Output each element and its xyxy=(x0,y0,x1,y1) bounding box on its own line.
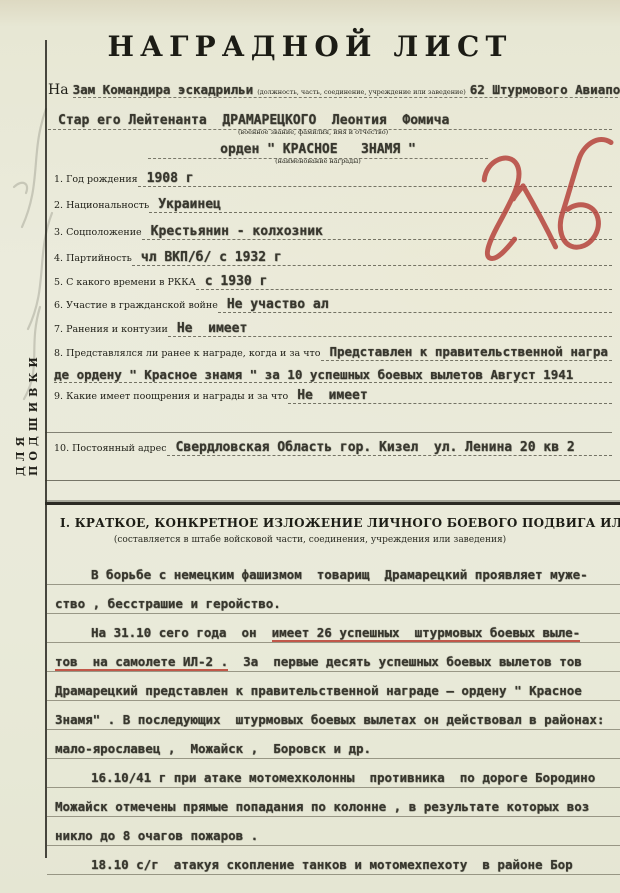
red-underlined-text: имеет 26 успешных штурмовых боевых выле- xyxy=(272,625,581,640)
field-label: 8. Представлялся ли ранее к награде, ког… xyxy=(54,348,321,361)
rank-name-line: Стар его Лейтенанта ДРАМАРЕЦКОГО Леонтия… xyxy=(48,109,612,130)
section1-subheading: (составляется в штабе войсковой части, с… xyxy=(0,535,620,545)
field-label: 3. Соцположение xyxy=(54,227,142,240)
document-title: НАГРАДНОЙ ЛИСТ xyxy=(0,30,620,63)
award-name-caption: (наименование награды) xyxy=(148,157,488,165)
filing-margin-label: ДЛЯ ПОДШИВКИ xyxy=(14,346,40,476)
field-value: Не имеет xyxy=(177,321,247,336)
field-row-wounds: 7. Ранения и контузии Не имеет xyxy=(54,313,612,337)
field-value: Украинец xyxy=(158,197,221,212)
award-name-line: орден " КРАСНОЕ ЗНАМЯ " (наименование на… xyxy=(148,138,488,159)
section-divider-thick xyxy=(45,502,620,505)
description-line: мало-ярославец , Можайск , Боровск и др. xyxy=(47,730,620,759)
rank-name-value: Стар его Лейтенанта ДРАМАРЕЦКОГО Леонтия… xyxy=(58,113,449,128)
description-line: На 31.10 сего года он имеет 26 успешных … xyxy=(47,614,620,643)
field-value: Представлен к правительственной награ xyxy=(330,344,608,359)
line-text: За первые десять успешных боевых вылетов… xyxy=(228,654,582,669)
field-label: 5. С какого времени в РККА xyxy=(54,277,196,290)
description-line: ство , бесстрашие и геройство. xyxy=(47,585,620,614)
line-text: 16.10/41 г при атаке мотомехколонны прот… xyxy=(91,770,595,785)
description-line: Можайск отмечены прямые попадания по кол… xyxy=(47,788,620,817)
description-line: Драмарецкий представлен к правительствен… xyxy=(47,672,620,701)
field-label: 10. Постоянный адрес xyxy=(54,443,167,456)
red-page-number: 215 xyxy=(451,130,620,297)
field-label: 4. Партийность xyxy=(54,253,132,266)
position-caption: (должность, часть, соединение, учреждени… xyxy=(257,88,466,96)
position-unit-fill: Зам Командира эскадрильи (должность, час… xyxy=(73,82,620,98)
field-underline: Свердловская Область гор. Кизел ул. Лени… xyxy=(167,436,612,456)
field-label: 2. Национальность xyxy=(54,200,149,213)
line-text: На 31.10 сего года он xyxy=(91,625,272,640)
line-text: ство , бесстрашие и геройство. xyxy=(55,596,281,611)
description-line: никло до 8 очагов пожаров . xyxy=(47,817,620,846)
field-value: Не участво ал xyxy=(227,297,329,312)
description-line: 16.10/41 г при атаке мотомехколонны прот… xyxy=(47,759,620,788)
field-value: 1908 г xyxy=(147,171,194,186)
section1-heading: I. КРАТКОЕ, КОНКРЕТНОЕ ИЗЛОЖЕНИЕ ЛИЧНОГО… xyxy=(60,516,610,530)
field-row-prior-award-cont: де ордену " Красное знамя " за 10 успешн… xyxy=(54,361,612,383)
field-value: Свердловская Область гор. Кизел ул. Лени… xyxy=(176,440,575,455)
section-divider-thin xyxy=(45,480,620,481)
form-preposition: На xyxy=(48,82,69,98)
field-value: Не имеет xyxy=(297,388,367,403)
position-unit-line: На Зам Командира эскадрильи (должность, … xyxy=(48,82,612,102)
line-text: Можайск отмечены прямые попадания по кол… xyxy=(55,799,589,814)
combat-description: В борьбе с немецким фашизмом товарищ Дра… xyxy=(47,556,620,875)
rank-name-caption: (военное звание, фамилия, имя и отчество… xyxy=(238,128,388,136)
line-text: Драмарецкий представлен к правительствен… xyxy=(55,683,582,698)
line-text: никло до 8 очагов пожаров . xyxy=(55,828,258,843)
field-label: 9. Какие имеет поощрения и награды и за … xyxy=(54,391,288,404)
field-label: 6. Участие в гражданской войне xyxy=(54,300,218,313)
award-sheet-page: ДЛЯ ПОДШИВКИ НАГРАДНОЙ ЛИСТ На Зам Коман… xyxy=(0,0,620,893)
field-underline: Не имеет xyxy=(288,384,612,404)
red-handwriting-strokes xyxy=(451,130,620,297)
unit-value: 62 Штурмового Авиаполка xyxy=(470,82,620,97)
description-line: 18.10 с/г атакуя скопление танков и мото… xyxy=(47,846,620,875)
field-row-other-awards: 9. Какие имеет поощрения и награды и за … xyxy=(54,383,612,404)
field-value: с 1930 г xyxy=(205,274,268,289)
award-name-value: орден " КРАСНОЕ ЗНАМЯ " xyxy=(220,142,416,157)
field-value: Крестьянин - колхозник xyxy=(151,224,323,239)
line-text: Знамя" . В последующих штурмовых боевых … xyxy=(55,712,604,727)
line-text: мало-ярославец , Можайск , Боровск и др. xyxy=(55,741,371,756)
field-value: чл ВКП/б/ с 1932 г xyxy=(141,250,282,265)
field-underline: Не имеет xyxy=(168,317,612,337)
field-value: де ордену " Красное знамя " за 10 успешн… xyxy=(54,367,573,382)
red-underlined-text: тов на самолете ИЛ-2 . xyxy=(55,654,228,669)
line-text: В борьбе с немецким фашизмом товарищ Дра… xyxy=(91,567,588,582)
description-line: В борьбе с немецким фашизмом товарищ Дра… xyxy=(47,556,620,585)
description-line: Знамя" . В последующих штурмовых боевых … xyxy=(47,701,620,730)
field-underline: Не участво ал xyxy=(218,293,612,313)
field-row-address: 10. Постоянный адрес Свердловская Област… xyxy=(54,433,612,456)
line-text: 18.10 с/г атакуя скопление танков и мото… xyxy=(91,857,573,872)
field-row-prior-award: 8. Представлялся ли ранее к награде, ког… xyxy=(54,337,612,361)
field-underline: Представлен к правительственной награ xyxy=(321,341,613,361)
position-value: Зам Командира эскадрильи xyxy=(73,82,254,97)
field-label: 1. Год рождения xyxy=(54,174,138,187)
field-label: 7. Ранения и контузии xyxy=(54,324,168,337)
description-line: тов на самолете ИЛ-2 . За первые десять … xyxy=(47,643,620,672)
field-row-civil-war: 6. Участие в гражданской войне Не участв… xyxy=(54,290,612,313)
